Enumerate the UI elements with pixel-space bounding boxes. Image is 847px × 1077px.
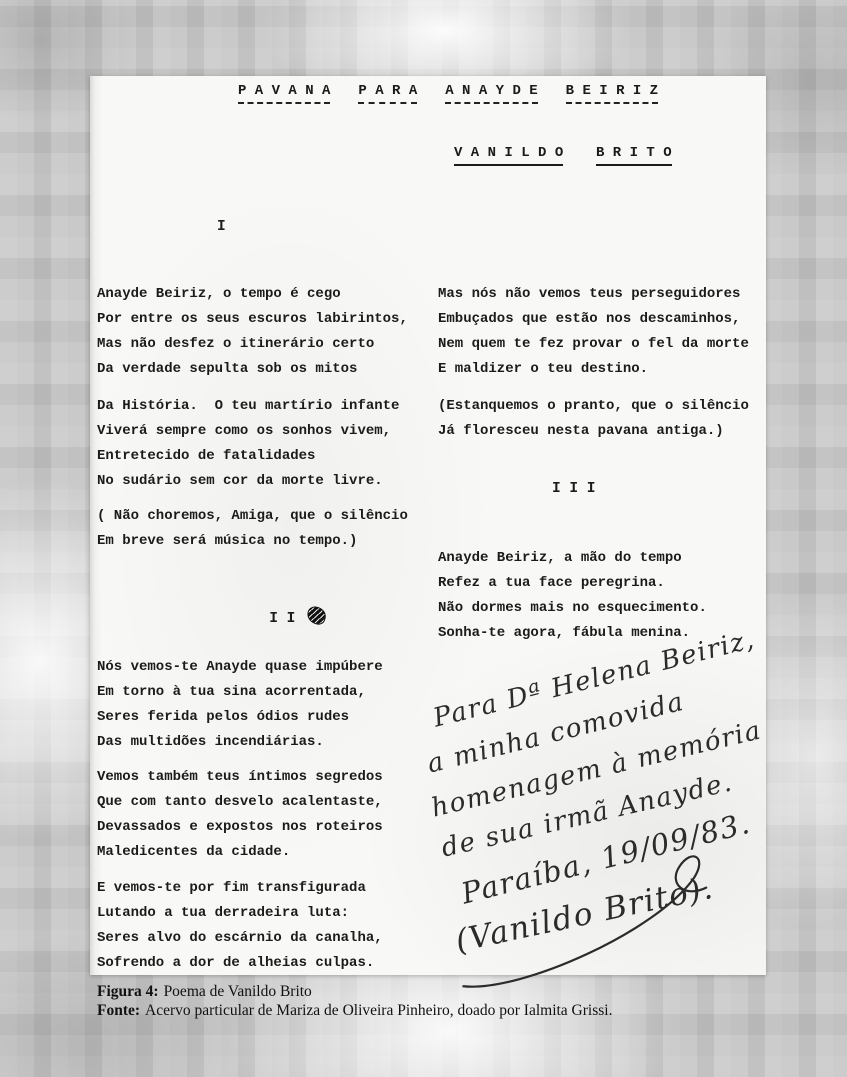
poem-line: Sofrendo a dor de alheias culpas.	[97, 951, 383, 976]
poem-line: Em breve será música no tempo.)	[97, 529, 408, 554]
poem-line: Maledicentes da cidade.	[97, 840, 383, 865]
poem-stanza-right-3: Anayde Beiriz, a mão do tempoRefez a tua…	[438, 546, 707, 646]
caption-source-text: Acervo particular de Mariza de Oliveira …	[145, 1002, 612, 1019]
poem-line: Mas não desfez o itinerário certo	[97, 332, 408, 357]
poem-line: Das multidões incendiárias.	[97, 730, 383, 755]
poem-line: Que com tanto desvelo acalentaste,	[97, 790, 383, 815]
caption-figure-text: Poema de Vanildo Brito	[164, 983, 312, 1000]
section-heading-iii: I I I	[552, 481, 596, 497]
poem-line: ( Não choremos, Amiga, que o silêncio	[97, 504, 408, 529]
poem-line: (Estanquemos o pranto, que o silêncio	[438, 394, 749, 419]
poem-title: P A V A N A P A R A A N A Y D E B E I R …	[238, 83, 658, 104]
poem-line: Em torno à tua sina acorrentada,	[97, 680, 383, 705]
section-heading-i: I	[217, 219, 226, 235]
poem-line: Da História. O teu martírio infante	[97, 394, 399, 419]
poem-line: E maldizer o teu destino.	[438, 357, 749, 382]
poem-stanza-left-3: ( Não choremos, Amiga, que o silêncioEm …	[97, 504, 408, 554]
poem-line: Nós vemos-te Anayde quase impúbere	[97, 655, 383, 680]
poem-line: Anayde Beiriz, o tempo é cego	[97, 282, 408, 307]
poem-line: Devassados e expostos nos roteiros	[97, 815, 383, 840]
poem-line: Não dormes mais no esquecimento.	[438, 596, 707, 621]
poem-stanza-left-5: Vemos também teus íntimos segredosQue co…	[97, 765, 383, 865]
poem-title-word: B E I R I Z	[566, 83, 658, 104]
poem-author-first-name: V A N I L D O	[454, 145, 563, 166]
poem-stanza-right-1: Mas nós não vemos teus perseguidoresEmbu…	[438, 282, 749, 382]
poem-title-word: P A V A N A	[238, 83, 330, 104]
poem-stanza-left-6: E vemos-te por fim transfiguradaLutando …	[97, 876, 383, 976]
poem-line: Entretecido de fatalidades	[97, 444, 399, 469]
caption-source-line: Fonte:Acervo particular de Mariza de Oli…	[97, 1001, 612, 1020]
ink-blot	[305, 604, 328, 626]
poem-stanza-right-2: (Estanquemos o pranto, que o silêncioJá …	[438, 394, 749, 444]
poem-stanza-left-1: Anayde Beiriz, o tempo é cegoPor entre o…	[97, 282, 408, 382]
poem-line: Nem quem te fez provar o fel da morte	[438, 332, 749, 357]
section-heading-ii: I I	[217, 591, 326, 643]
poem-line: Embuçados que estão nos descaminhos,	[438, 307, 749, 332]
figure-caption: Figura 4:Poema de Vanildo Brito Fonte:Ac…	[97, 982, 612, 1020]
caption-figure-label: Figura 4:	[97, 983, 159, 1000]
poem-line: Seres alvo do escárnio da canalha,	[97, 926, 383, 951]
poem-line: Vemos também teus íntimos segredos	[97, 765, 383, 790]
poem-line: Lutando a tua derradeira luta:	[97, 901, 383, 926]
poem-line: Anayde Beiriz, a mão do tempo	[438, 546, 707, 571]
poem-line: Viverá sempre como os sonhos vivem,	[97, 419, 399, 444]
scanned-figure-page: P A V A N A P A R A A N A Y D E B E I R …	[0, 0, 847, 1077]
poem-line: Já floresceu nesta pavana antiga.)	[438, 419, 749, 444]
poem-line: Sonha-te agora, fábula menina.	[438, 621, 707, 646]
poem-line: Seres ferida pelos ódios rudes	[97, 705, 383, 730]
poem-stanza-left-2: Da História. O teu martírio infanteViver…	[97, 394, 399, 494]
poem-line: Refez a tua face peregrina.	[438, 571, 707, 596]
caption-source-label: Fonte:	[97, 1002, 140, 1019]
poem-line: Da verdade sepulta sob os mitos	[97, 357, 408, 382]
poem-line: E vemos-te por fim transfigurada	[97, 876, 383, 901]
poem-title-word: A N A Y D E	[445, 83, 537, 104]
poem-title-word: P A R A	[358, 83, 417, 104]
poem-line: No sudário sem cor da morte livre.	[97, 469, 399, 494]
section-heading-ii-label: I I	[269, 611, 295, 627]
poem-stanza-left-4: Nós vemos-te Anayde quase impúbereEm tor…	[97, 655, 383, 755]
poem-line: Mas nós não vemos teus perseguidores	[438, 282, 749, 307]
poem-line: Por entre os seus escuros labirintos,	[97, 307, 408, 332]
caption-figure-line: Figura 4:Poema de Vanildo Brito	[97, 982, 612, 1001]
scanned-poem-document: P A V A N A P A R A A N A Y D E B E I R …	[90, 76, 766, 975]
poem-author-last-name: B R I T O	[596, 145, 672, 166]
